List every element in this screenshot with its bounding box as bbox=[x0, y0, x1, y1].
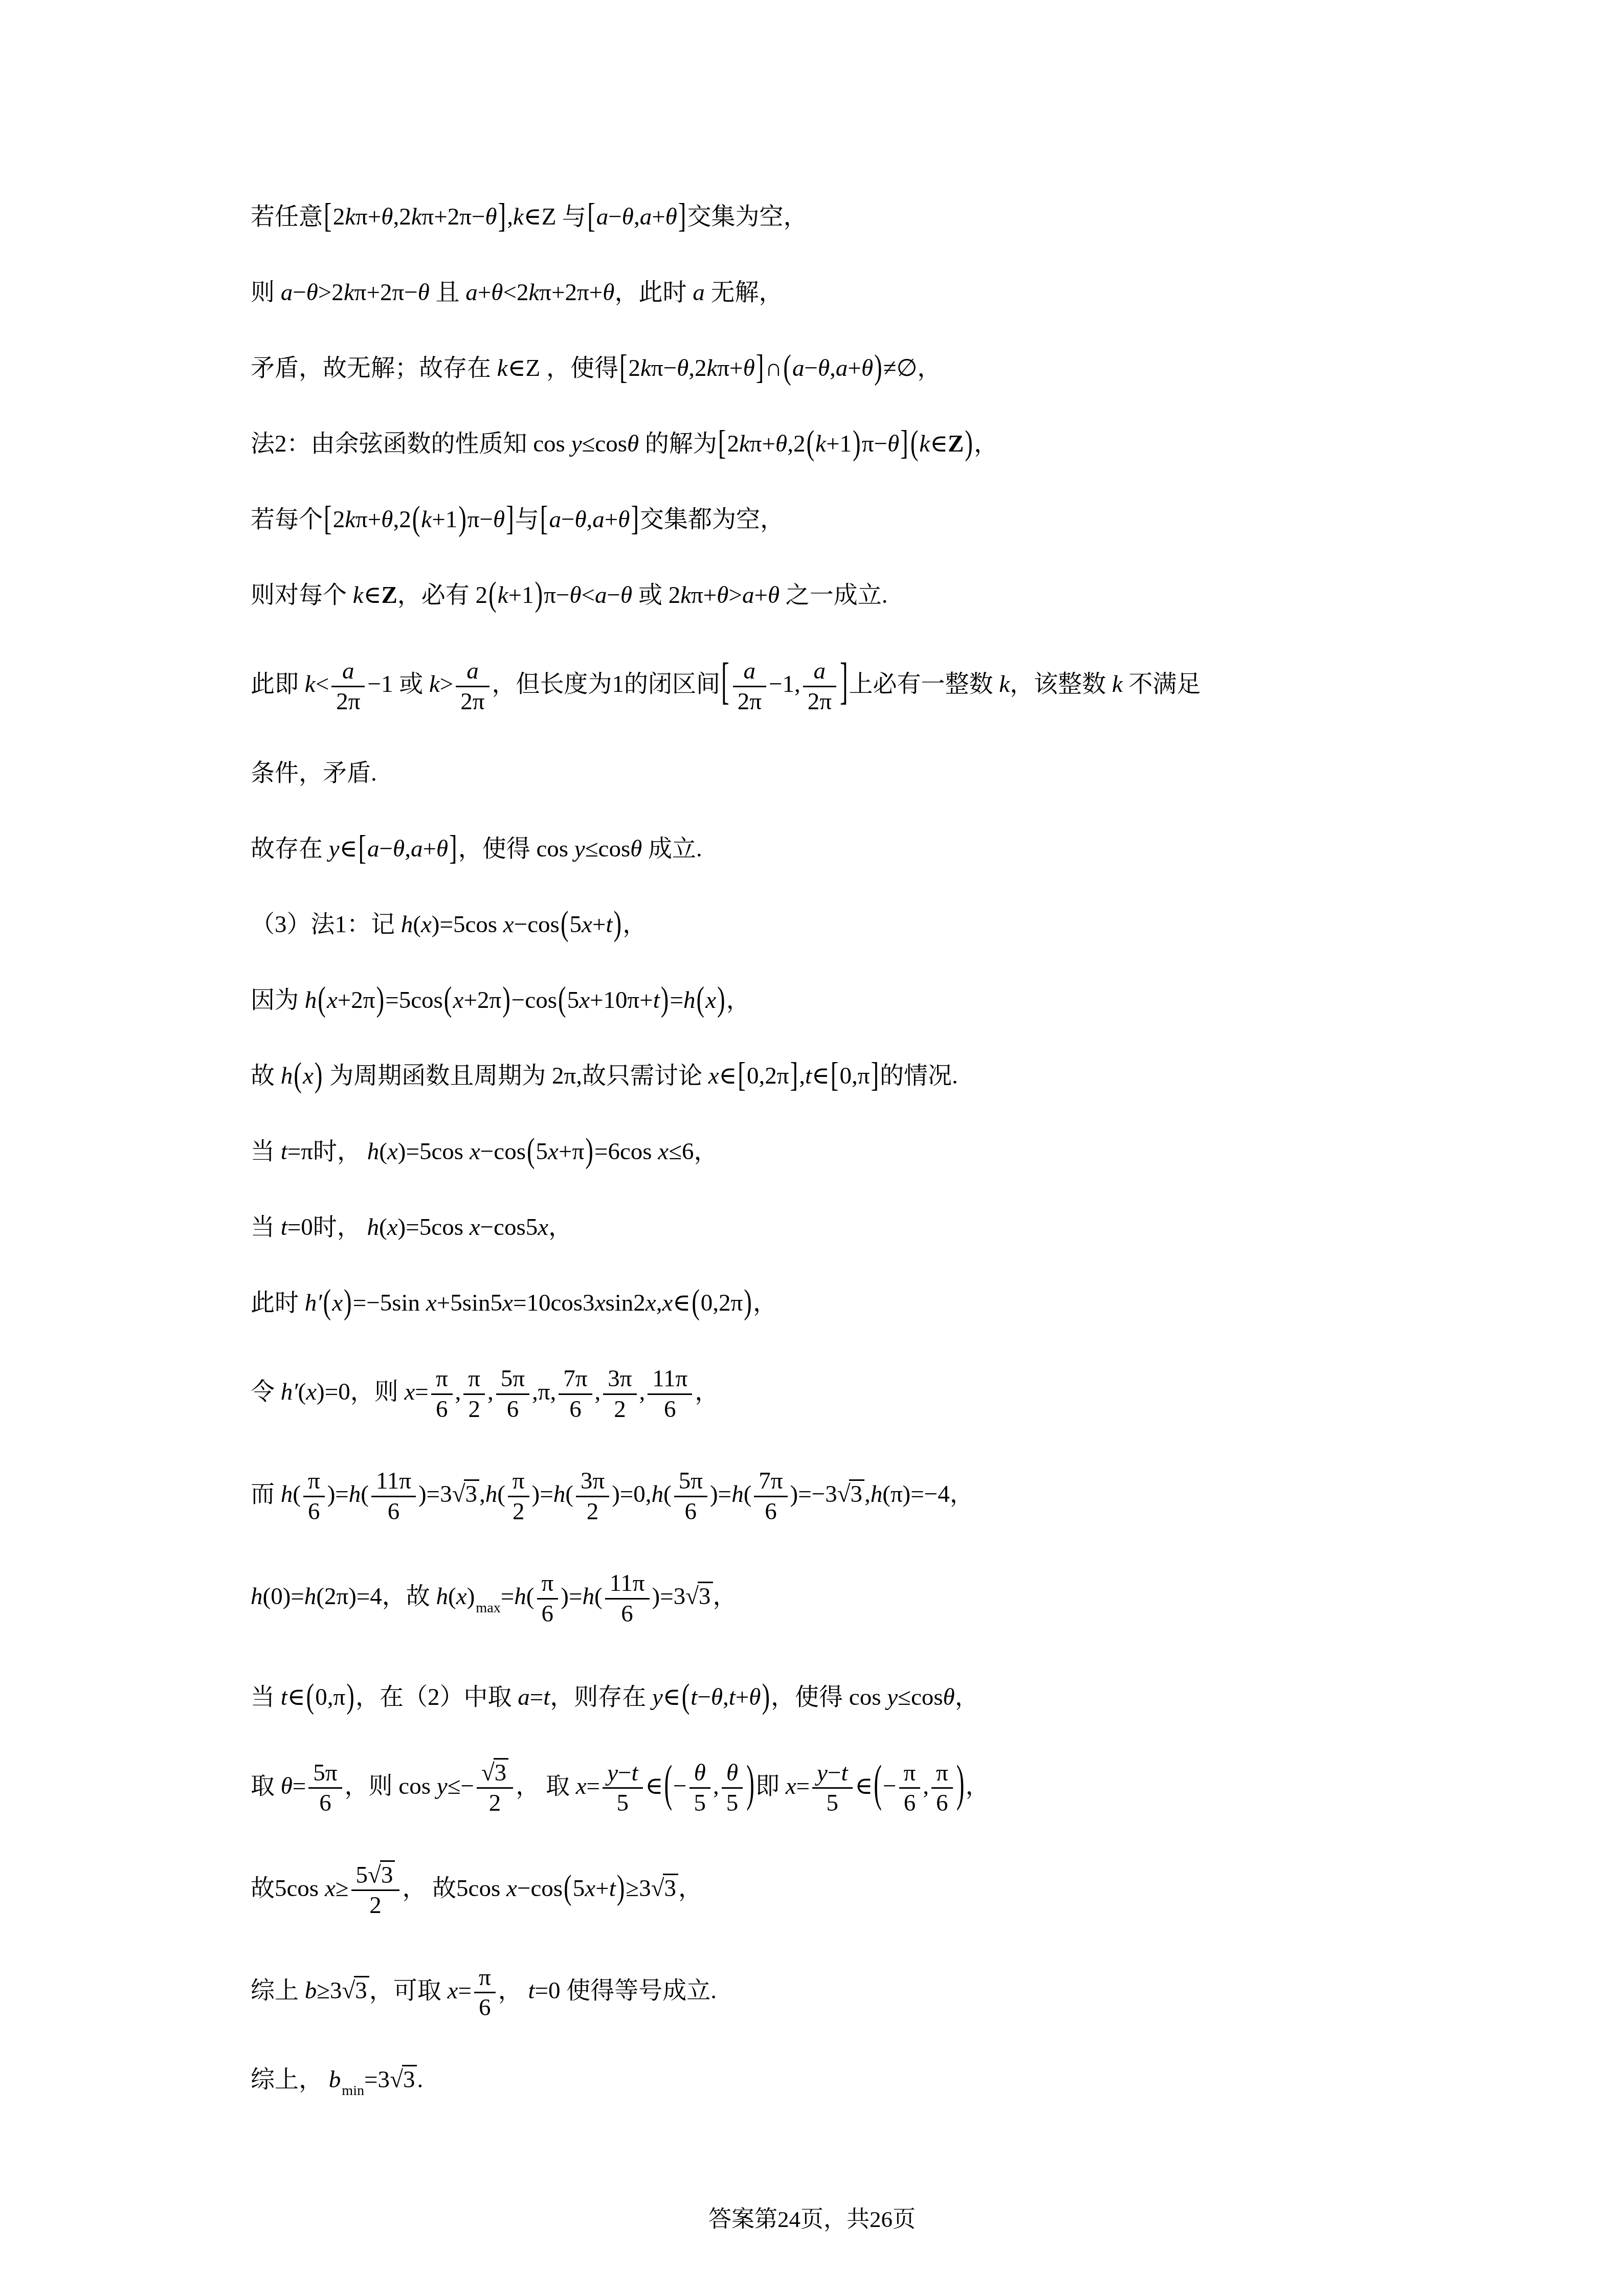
math-variable: θ bbox=[818, 355, 830, 381]
math-line: （3）法1：记 h(x)=5cos x−cos(5x+t)， bbox=[251, 887, 1494, 962]
big-bracket: ( bbox=[695, 944, 705, 1054]
math-text: ，可取 bbox=[369, 1977, 448, 2004]
math-text: 2 bbox=[333, 506, 345, 533]
fraction-denominator: 5 bbox=[812, 1789, 852, 1817]
big-bracket: ( bbox=[909, 388, 920, 498]
math-text: =π时， bbox=[287, 1138, 367, 1165]
solution-text: 若任意[2kπ+θ,2kπ+2π−θ],k∈Z 与[a−θ,a+θ]交集为空，则… bbox=[251, 179, 1494, 2129]
math-text: ， bbox=[622, 911, 647, 938]
math-bold-symbol: Z bbox=[381, 582, 397, 609]
math-text: 若每个 bbox=[251, 506, 323, 533]
math-variable: h bbox=[367, 1214, 380, 1241]
math-text: 5π bbox=[679, 1468, 703, 1494]
math-text: , bbox=[723, 1684, 729, 1710]
math-variable: x bbox=[421, 911, 432, 938]
math-variable: a bbox=[549, 506, 561, 533]
math-text: ∈ bbox=[673, 1290, 691, 1316]
fraction-denominator: 6 bbox=[648, 1395, 692, 1423]
math-text: 的解为 bbox=[639, 431, 717, 457]
math-variable: t bbox=[606, 911, 612, 938]
math-text: （3）法1：记 bbox=[251, 911, 401, 938]
math-text: π− bbox=[862, 431, 887, 457]
math-text: +1 bbox=[508, 582, 534, 609]
math-variable: h bbox=[304, 1583, 317, 1610]
math-text: 2 bbox=[468, 1396, 480, 1423]
math-line: 矛盾，故无解；故存在 k∈Z ，使得[2kπ−θ,2kπ+θ]∩(a−θ,a+θ… bbox=[251, 330, 1494, 406]
math-text: ( bbox=[413, 911, 421, 938]
fraction-denominator: 5 bbox=[689, 1789, 711, 1817]
math-variable: y bbox=[652, 1684, 663, 1710]
math-fraction: 5π6 bbox=[674, 1468, 707, 1525]
math-variable: k bbox=[640, 355, 651, 381]
big-bracket: ( bbox=[487, 539, 498, 649]
fraction-numerator: y−t bbox=[812, 1760, 852, 1789]
big-bracket: ) bbox=[457, 464, 468, 574]
math-text: π+ bbox=[691, 582, 717, 609]
math-variable: t bbox=[281, 1214, 287, 1241]
fraction-numerator: 11π bbox=[648, 1365, 692, 1395]
math-variable: θ bbox=[493, 506, 505, 533]
sqrt-sign: √ bbox=[837, 1481, 850, 1507]
math-variable: k bbox=[411, 204, 422, 230]
fraction-numerator: a bbox=[456, 658, 489, 687]
math-text: )=0，则 bbox=[317, 1379, 404, 1405]
math-text: −cos5 bbox=[480, 1214, 538, 1241]
math-variable: θ bbox=[677, 355, 688, 381]
math-line: 故5cos x≥5√32， 故5cos x−cos(5x+t)≥3√3， bbox=[251, 1837, 1494, 1940]
math-text: 2π bbox=[460, 688, 484, 715]
sqrt-sign: √ bbox=[685, 1583, 698, 1610]
math-variable: h bbox=[305, 987, 317, 1014]
math-variable: y bbox=[887, 1684, 898, 1710]
math-text: 3 bbox=[465, 1481, 477, 1507]
math-text: ( bbox=[594, 1583, 603, 1610]
math-text: ( bbox=[565, 1481, 573, 1507]
fraction-numerator: a bbox=[331, 658, 365, 687]
big-bracket: ] bbox=[755, 312, 765, 422]
fraction-numerator: θ bbox=[689, 1760, 711, 1789]
big-bracket: ] bbox=[789, 1020, 799, 1130]
math-text: 因为 bbox=[251, 987, 305, 1014]
math-text: ∈Z ，使得 bbox=[508, 355, 618, 381]
math-text: ∈Z 与 bbox=[524, 204, 586, 230]
math-text: 2π bbox=[808, 688, 832, 715]
math-variable: x bbox=[456, 1583, 467, 1610]
math-variable: h bbox=[367, 1138, 380, 1165]
fraction-numerator: 5√3 bbox=[351, 1862, 400, 1892]
sqrt-radical: √3 bbox=[685, 1582, 713, 1610]
math-variable: x bbox=[503, 911, 514, 938]
math-text: 6 bbox=[542, 1601, 554, 1627]
sqrt-sign: √ bbox=[368, 1862, 380, 1888]
math-text: ，则存在 bbox=[550, 1684, 652, 1710]
math-variable: x bbox=[332, 1290, 343, 1316]
math-text: ，在（2）中取 bbox=[355, 1684, 518, 1710]
math-text: , bbox=[455, 1379, 461, 1405]
math-variable: h′ bbox=[305, 1290, 322, 1316]
math-text: ) bbox=[467, 1583, 475, 1610]
math-fraction: 7π6 bbox=[754, 1468, 787, 1525]
math-text: =0 使得等号成立. bbox=[535, 1977, 717, 2004]
math-text: =0时， bbox=[287, 1214, 367, 1241]
fraction-denominator: 6 bbox=[559, 1395, 592, 1423]
math-fraction: 11π6 bbox=[371, 1468, 416, 1525]
math-text: ≤− bbox=[448, 1773, 474, 1799]
fraction-numerator: π bbox=[474, 1964, 496, 1994]
big-bracket: ( bbox=[411, 464, 421, 574]
fraction-denominator: 6 bbox=[371, 1497, 416, 1525]
math-text: 3π bbox=[581, 1468, 605, 1494]
math-variable: a bbox=[742, 582, 754, 609]
math-variable: a bbox=[518, 1684, 530, 1710]
math-variable: x bbox=[708, 1063, 719, 1089]
math-variable: b bbox=[305, 1977, 317, 2004]
big-bracket: ( bbox=[873, 1676, 883, 1891]
math-variable: a bbox=[595, 582, 607, 609]
math-variable: y bbox=[574, 836, 585, 862]
math-text: = bbox=[587, 1773, 600, 1799]
fraction-denominator: 2 bbox=[351, 1891, 400, 1919]
math-variable: h bbox=[281, 1063, 293, 1089]
big-bracket: ) bbox=[716, 944, 726, 1054]
math-text: π bbox=[936, 1760, 948, 1786]
math-text: 2 bbox=[614, 1396, 626, 1423]
math-text: ≥3 bbox=[317, 1977, 342, 2004]
math-text: )= bbox=[710, 1481, 731, 1507]
math-text: 6 bbox=[507, 1396, 519, 1423]
math-text: 2 bbox=[489, 1790, 501, 1816]
math-line: 则 a−θ>2kπ+2π−θ 且 a+θ<2kπ+2π+θ，此时 a 无解， bbox=[251, 255, 1494, 330]
math-text: 6 bbox=[569, 1396, 582, 1423]
big-bracket: ( bbox=[322, 1247, 332, 1357]
fraction-numerator: a bbox=[803, 658, 836, 687]
math-variable: θ bbox=[418, 279, 430, 306]
math-fraction: θ5 bbox=[689, 1760, 711, 1817]
fraction-denominator: 2 bbox=[576, 1497, 609, 1525]
math-line: 当 t∈(0,π)，在（2）中取 a=t，则存在 y∈(t−θ,t+θ)，使得 … bbox=[251, 1659, 1494, 1735]
math-text: + bbox=[848, 355, 861, 381]
fraction-denominator: 2 bbox=[603, 1395, 636, 1423]
math-variable: θ bbox=[711, 1684, 723, 1710]
math-text: π bbox=[904, 1760, 916, 1786]
big-bracket: ( bbox=[691, 1247, 701, 1357]
math-text: π bbox=[542, 1570, 554, 1596]
math-text: −1, bbox=[769, 671, 800, 697]
math-text: )= bbox=[561, 1583, 582, 1610]
math-text: 6 bbox=[904, 1790, 916, 1816]
math-text: 成立. bbox=[642, 836, 702, 862]
math-text: 5 bbox=[617, 1790, 629, 1816]
math-text: ， bbox=[974, 431, 998, 457]
math-text: 6 bbox=[621, 1601, 633, 1627]
math-text: −cos bbox=[514, 911, 560, 938]
math-variable: θ bbox=[887, 431, 899, 457]
math-variable: θ bbox=[381, 506, 393, 533]
math-text: = bbox=[293, 1773, 306, 1799]
math-text: 5 bbox=[536, 1138, 548, 1165]
math-text: π bbox=[468, 1365, 480, 1392]
math-text: 11π bbox=[376, 1468, 411, 1494]
math-text: + bbox=[478, 279, 492, 306]
big-bracket: [ bbox=[357, 793, 367, 903]
math-variable: θ bbox=[618, 506, 630, 533]
math-variable: t bbox=[841, 1760, 848, 1786]
fraction-numerator: π bbox=[931, 1760, 953, 1789]
math-line: 故存在 y∈[a−θ,a+θ]，使得 cos y≤cosθ 成立. bbox=[251, 811, 1494, 887]
math-variable: θ bbox=[622, 204, 634, 230]
big-bracket: ) bbox=[501, 944, 511, 1054]
fraction-denominator: 6 bbox=[474, 1993, 496, 2021]
math-variable: x bbox=[705, 987, 716, 1014]
math-text: −cos bbox=[511, 987, 557, 1014]
math-text: 条件，矛盾. bbox=[251, 760, 377, 786]
math-text: 0,2π bbox=[747, 1063, 789, 1089]
math-text: < bbox=[582, 582, 595, 609]
math-variable: θ bbox=[485, 204, 497, 230]
math-variable: θ bbox=[381, 204, 393, 230]
math-variable: x bbox=[585, 1875, 595, 1902]
big-bracket: ) bbox=[660, 944, 670, 1054]
fraction-denominator: 6 bbox=[496, 1395, 529, 1423]
math-text: , bbox=[587, 506, 593, 533]
math-variable: θ bbox=[569, 582, 581, 609]
math-variable: x bbox=[579, 987, 590, 1014]
math-variable: h bbox=[683, 987, 696, 1014]
big-bracket: ] bbox=[870, 1020, 880, 1130]
math-variable: x bbox=[448, 1977, 458, 2004]
sqrt-radicand: 3 bbox=[402, 2065, 417, 2093]
math-text: 5 bbox=[726, 1790, 739, 1816]
math-text: )= bbox=[532, 1481, 553, 1507]
math-text: ∩ bbox=[765, 355, 782, 381]
sqrt-radicand: 3 bbox=[494, 1758, 509, 1786]
big-bracket: [ bbox=[737, 1020, 747, 1130]
math-variable: x bbox=[786, 1773, 796, 1799]
math-text: 0,π bbox=[315, 1684, 345, 1710]
fraction-numerator: π bbox=[537, 1570, 559, 1600]
math-variable: θ bbox=[630, 836, 642, 862]
fraction-denominator: 6 bbox=[931, 1789, 953, 1817]
big-bracket: [ bbox=[586, 161, 596, 271]
fraction-denominator: 6 bbox=[899, 1789, 921, 1817]
math-variable: θ bbox=[491, 279, 503, 306]
math-text: − bbox=[673, 1773, 687, 1799]
math-text: π− bbox=[544, 582, 569, 609]
math-fraction: π6 bbox=[899, 1760, 921, 1817]
big-bracket: [ bbox=[720, 575, 730, 790]
math-variable: a bbox=[744, 658, 756, 684]
math-text: 综上， bbox=[251, 2066, 329, 2093]
math-text: )=−3 bbox=[790, 1481, 837, 1507]
math-text: 的情况. bbox=[880, 1063, 958, 1089]
math-text: > bbox=[440, 671, 454, 697]
big-bracket: ( bbox=[663, 1676, 673, 1891]
sqrt-sign: √ bbox=[481, 1760, 494, 1786]
fraction-denominator: 6 bbox=[431, 1395, 453, 1423]
math-text: (2π)=4，故 bbox=[316, 1583, 436, 1610]
big-bracket: ] bbox=[505, 464, 515, 574]
math-text: − bbox=[697, 1684, 711, 1710]
math-text: ∈ bbox=[855, 1773, 873, 1799]
math-variable: θ bbox=[743, 355, 755, 381]
math-text: 3 bbox=[355, 1977, 367, 2004]
math-text: 取 bbox=[251, 1773, 281, 1799]
math-text: 且 bbox=[430, 279, 466, 306]
math-text: π+ bbox=[355, 506, 381, 533]
math-line: 若每个[2kπ+θ,2(k+1)π−θ]与[a−θ,a+θ]交集都为空， bbox=[251, 482, 1494, 557]
math-text: 2 bbox=[369, 1892, 382, 1919]
big-bracket: ] bbox=[677, 161, 687, 271]
math-text: )=3 bbox=[418, 1481, 452, 1507]
math-variable: t bbox=[691, 1684, 697, 1710]
math-text: π bbox=[513, 1468, 525, 1494]
math-fraction: 5π6 bbox=[496, 1365, 529, 1423]
math-variable: k bbox=[497, 355, 508, 381]
math-variable: y bbox=[329, 836, 340, 862]
math-variable: θ bbox=[861, 355, 873, 381]
math-text: 为周期函数且周期为 2π,故只需讨论 bbox=[323, 1063, 708, 1089]
math-variable: t bbox=[281, 1684, 287, 1710]
math-text: , bbox=[595, 1379, 601, 1405]
math-text: ≤cos bbox=[582, 431, 627, 457]
math-text: 2π bbox=[336, 688, 360, 715]
math-text: +5sin5 bbox=[437, 1290, 502, 1316]
math-text: 11π bbox=[610, 1570, 645, 1596]
math-subscript: min bbox=[342, 2083, 364, 2099]
math-variable: t bbox=[632, 1760, 638, 1786]
fraction-numerator: 5π bbox=[308, 1760, 342, 1789]
math-variable: k bbox=[513, 204, 524, 230]
math-text: 2 bbox=[727, 431, 739, 457]
math-variable: a bbox=[465, 279, 478, 306]
math-variable: a bbox=[836, 355, 848, 381]
math-text: 7π bbox=[563, 1365, 587, 1392]
fraction-numerator: y−t bbox=[603, 1760, 642, 1789]
math-fraction: π6 bbox=[537, 1570, 559, 1627]
math-fraction: y−t5 bbox=[603, 1760, 642, 1817]
math-variable: x bbox=[470, 1138, 480, 1165]
fraction-numerator: a bbox=[733, 658, 766, 687]
big-bracket: ) bbox=[616, 1813, 626, 1962]
math-text: 故存在 bbox=[251, 836, 329, 862]
math-fraction: π2 bbox=[463, 1365, 485, 1423]
math-variable: t bbox=[281, 1138, 287, 1165]
math-variable: x bbox=[595, 1290, 606, 1316]
math-fraction: 3π2 bbox=[576, 1468, 609, 1525]
math-text: ∈ bbox=[719, 1063, 737, 1089]
math-fraction: π2 bbox=[508, 1468, 529, 1525]
math-text: , bbox=[864, 1481, 871, 1507]
math-variable: θ bbox=[775, 431, 787, 457]
math-text: + bbox=[605, 506, 618, 533]
math-text: − bbox=[618, 1760, 632, 1786]
math-text: π+2π− bbox=[354, 279, 418, 306]
math-text: 2 bbox=[333, 204, 345, 230]
math-variable: a bbox=[466, 658, 479, 684]
math-line: 法2：由余弦函数的性质知 cos y≤cosθ 的解为[2kπ+θ,2(k+1)… bbox=[251, 406, 1494, 482]
fraction-numerator: 11π bbox=[605, 1570, 650, 1600]
math-variable: x bbox=[582, 911, 592, 938]
math-text: (π)=−4， bbox=[882, 1481, 974, 1507]
fraction-numerator: π bbox=[508, 1468, 529, 1497]
fraction-numerator: π bbox=[303, 1468, 325, 1497]
math-text: 0,π bbox=[839, 1063, 870, 1089]
math-text: ∈ bbox=[287, 1684, 305, 1710]
math-text: 3π bbox=[608, 1365, 632, 1392]
math-text: , bbox=[713, 1773, 719, 1799]
math-text: − bbox=[607, 582, 621, 609]
math-line: 条件，矛盾. bbox=[251, 735, 1494, 811]
sqrt-radical: √3 bbox=[390, 2065, 417, 2093]
math-variable: x bbox=[306, 1379, 317, 1405]
math-text: 3 bbox=[403, 2066, 415, 2093]
math-text: =6cos bbox=[594, 1138, 658, 1165]
math-text: + bbox=[754, 582, 768, 609]
fraction-numerator: 7π bbox=[559, 1365, 592, 1395]
big-bracket: ) bbox=[534, 539, 544, 649]
math-text: =5cos bbox=[385, 987, 443, 1014]
math-text: ,2 bbox=[787, 431, 805, 457]
math-text: − bbox=[828, 1760, 841, 1786]
fraction-denominator: 6 bbox=[303, 1497, 325, 1525]
math-variable: t bbox=[805, 1063, 812, 1089]
math-text: − bbox=[380, 836, 393, 862]
sqrt-radicand: 3 bbox=[354, 1976, 369, 2004]
math-fraction: θ5 bbox=[722, 1760, 743, 1817]
math-variable: h bbox=[582, 1583, 594, 1610]
big-bracket: ) bbox=[852, 388, 862, 498]
math-variable: x bbox=[646, 1290, 656, 1316]
math-variable: a bbox=[792, 355, 805, 381]
math-text: 5 bbox=[827, 1790, 839, 1816]
big-bracket: ) bbox=[873, 312, 883, 422]
math-text: π bbox=[479, 1964, 491, 1991]
math-text: 2π bbox=[738, 688, 762, 715]
big-bracket: ) bbox=[375, 944, 386, 1054]
math-line: 取 θ=5π6，则 cos y≤−√32， 取 x=y−t5∈(−θ5,θ5)即… bbox=[251, 1735, 1494, 1837]
big-bracket: ) bbox=[955, 1676, 966, 1891]
math-text: sin2 bbox=[606, 1290, 646, 1316]
math-variable: θ bbox=[281, 1773, 293, 1799]
math-text: ( bbox=[361, 1481, 369, 1507]
sqrt-sign: √ bbox=[390, 2066, 402, 2093]
page-footer: 答案第24页，共26页 bbox=[0, 2200, 1624, 2234]
math-text: 或 2 bbox=[632, 582, 680, 609]
math-text: ，但长度为1的闭区间 bbox=[492, 671, 721, 697]
math-text: )= bbox=[327, 1481, 349, 1507]
sqrt-radical: √3 bbox=[481, 1758, 508, 1786]
math-subscript: max bbox=[476, 1600, 501, 1616]
math-variable: θ bbox=[603, 279, 614, 306]
math-text: 此时 bbox=[251, 1290, 305, 1316]
math-variable: b bbox=[329, 2066, 341, 2093]
math-text: ，此时 bbox=[614, 279, 693, 306]
sqrt-sign: √ bbox=[342, 1977, 354, 2004]
math-text: ( bbox=[526, 1583, 535, 1610]
math-text: )=3 bbox=[652, 1583, 686, 1610]
math-text: ∈ bbox=[364, 582, 382, 609]
math-text: , bbox=[487, 1379, 494, 1405]
math-text: ， bbox=[678, 1875, 702, 1902]
math-text: )=5cos bbox=[432, 911, 503, 938]
math-text: ，使得 cos bbox=[458, 836, 574, 862]
math-text: 此即 bbox=[251, 671, 305, 697]
math-text: ( bbox=[379, 1138, 387, 1165]
math-variable: h bbox=[652, 1481, 664, 1507]
big-bracket: ( bbox=[563, 1813, 573, 1962]
math-text: 令 bbox=[251, 1379, 281, 1405]
fraction-denominator: 6 bbox=[308, 1789, 342, 1817]
